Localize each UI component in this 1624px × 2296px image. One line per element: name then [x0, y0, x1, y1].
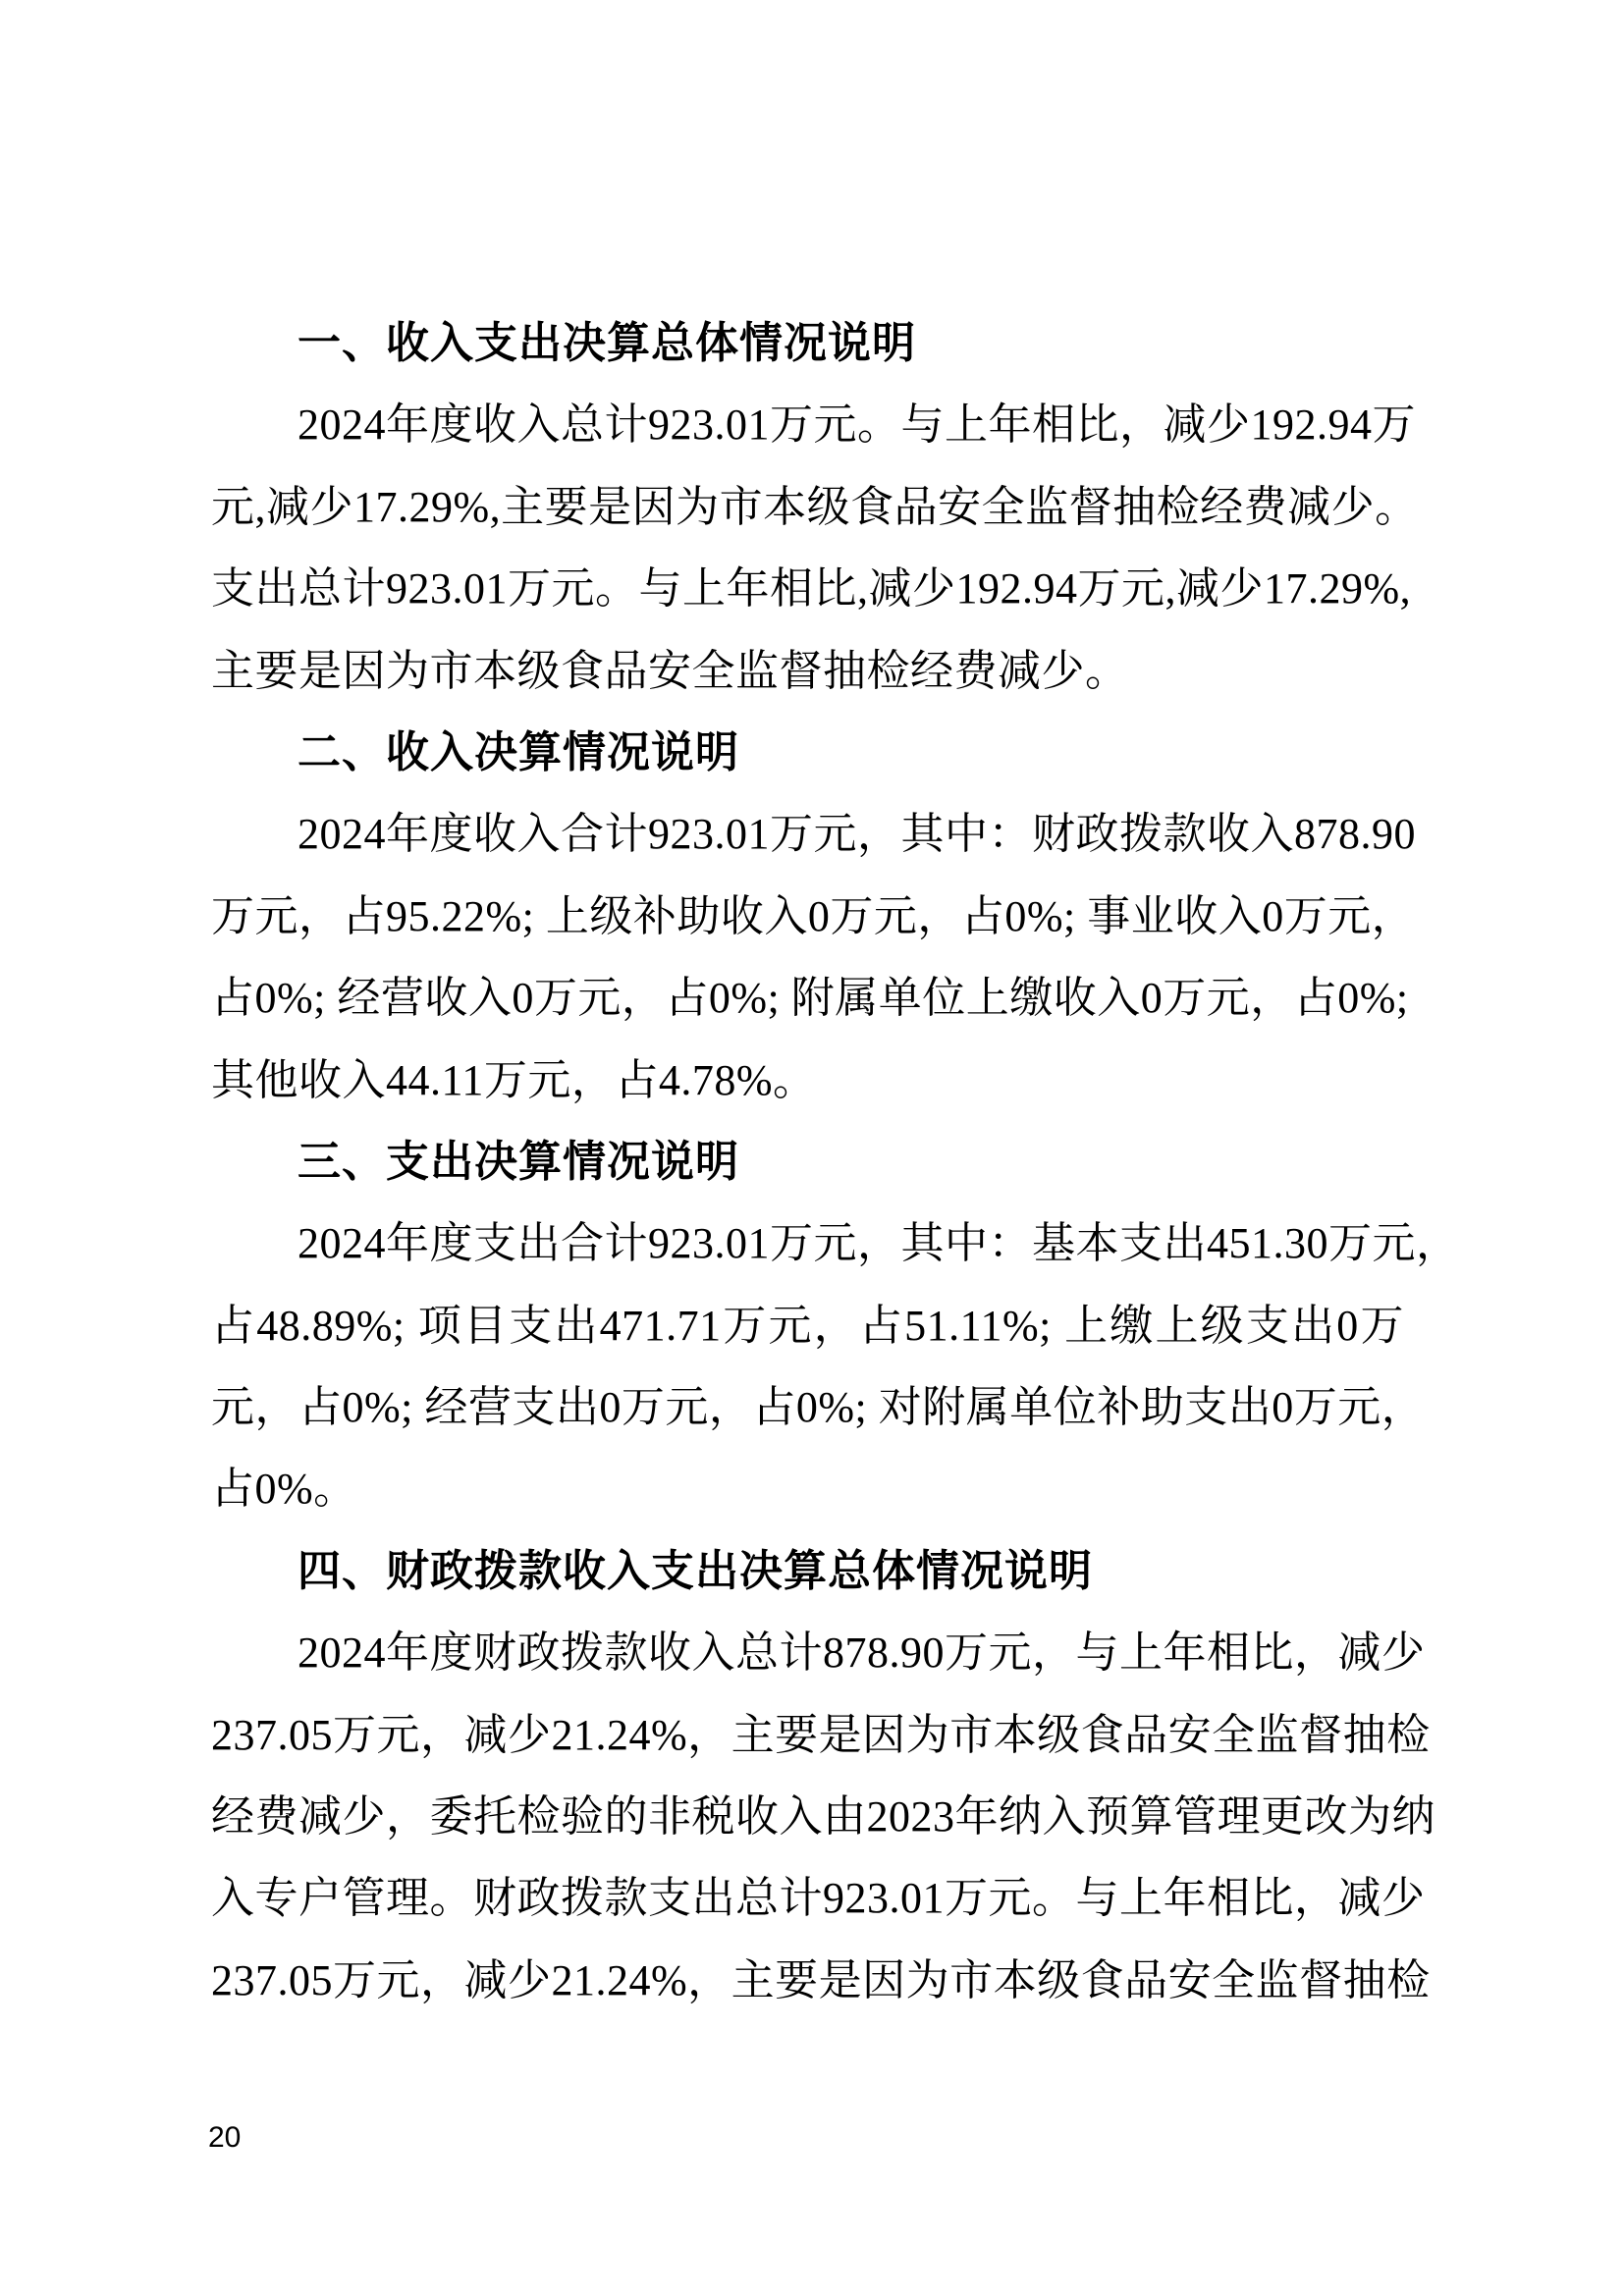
paragraph-line: 元,减少17.29%,主要是因为市本级食品安全监督抽检经费减少。 [211, 466, 1404, 548]
paragraph-line: 万元，占95.22%; 上级补助收入0万元，占0%; 事业收入0万元， [211, 876, 1404, 957]
section-heading-1: 一、收入支出决算总体情况说明 [211, 302, 1404, 384]
paragraph-line: 237.05万元，减少21.24%，主要是因为市本级食品安全监督抽检 [211, 1694, 1404, 1776]
paragraph-line: 237.05万元，减少21.24%，主要是因为市本级食品安全监督抽检 [211, 1940, 1404, 2021]
document-page: 一、收入支出决算总体情况说明 2024年度收入总计923.01万元。与上年相比，… [0, 0, 1624, 2296]
paragraph-line: 2024年度财政拨款收入总计878.90万元，与上年相比，减少 [211, 1612, 1404, 1693]
page-number: 20 [208, 2118, 241, 2158]
section-heading-4: 四、财政拨款收入支出决算总体情况说明 [211, 1530, 1404, 1612]
paragraph-line: 入专户管理。财政拨款支出总计923.01万元。与上年相比，减少 [211, 1857, 1404, 1939]
paragraph-line: 支出总计923.01万元。与上年相比,减少192.94万元,减少17.29%, [211, 548, 1404, 629]
paragraph-line: 2024年度收入总计923.01万元。与上年相比，减少192.94万 [211, 384, 1404, 465]
paragraph-line: 占0%; 经营收入0万元，占0%; 附属单位上缴收入0万元，占0%; [211, 957, 1404, 1039]
paragraph-line: 其他收入44.11万元，占4.78%。 [211, 1040, 1404, 1121]
paragraph-line: 2024年度收入合计923.01万元，其中：财政拨款收入878.90 [211, 793, 1404, 875]
paragraph-line: 2024年度支出合计923.01万元，其中：基本支出451.30万元， [211, 1202, 1404, 1284]
page-content: 一、收入支出决算总体情况说明 2024年度收入总计923.01万元。与上年相比，… [211, 302, 1404, 2021]
section-heading-2: 二、收入决算情况说明 [211, 712, 1404, 793]
paragraph-line: 元，占0%; 经营支出0万元，占0%; 对附属单位补助支出0万元， [211, 1366, 1404, 1448]
section-heading-3: 三、支出决算情况说明 [211, 1121, 1404, 1202]
paragraph-line: 占48.89%; 项目支出471.71万元，占51.11%; 上缴上级支出0万 [211, 1285, 1404, 1366]
paragraph-line: 占0%。 [211, 1448, 1404, 1529]
paragraph-line: 经费减少，委托检验的非税收入由2023年纳入预算管理更改为纳 [211, 1776, 1404, 1857]
paragraph-line: 主要是因为市本级食品安全监督抽检经费减少。 [211, 630, 1404, 712]
